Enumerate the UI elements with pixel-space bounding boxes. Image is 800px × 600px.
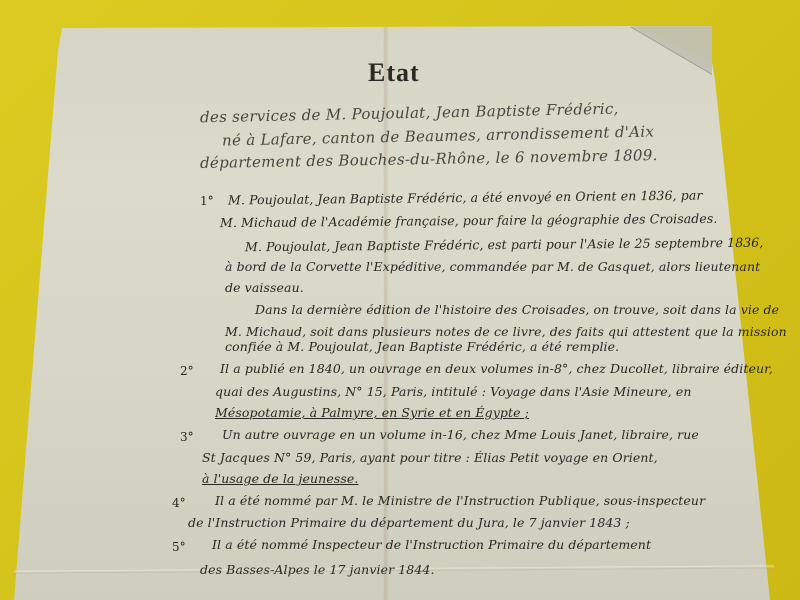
item-1-line-4: à bord de la Corvette l'Expéditive, comm… <box>225 259 760 274</box>
manuscript-page <box>0 0 800 600</box>
item-2-line-3: Mésopotamie, à Palmyre, en Syrie et en É… <box>215 405 529 420</box>
item-3-line-2: St Jacques N° 59, Paris, ayant pour titr… <box>202 450 658 465</box>
item-1-line-6: Dans la dernière édition de l'histoire d… <box>255 302 779 317</box>
document-title: Etat <box>368 58 420 88</box>
folded-corner <box>630 26 712 74</box>
item-2-line-1: Il a publié en 1840, un ouvrage en deux … <box>220 361 773 376</box>
item-1-line-5: de vaisseau. <box>225 280 304 295</box>
item-3-line-3: à l'usage de la jeunesse. <box>202 471 358 486</box>
item-5-line-2: des Basses-Alpes le 17 janvier 1844. <box>200 562 435 577</box>
item-4-line-1: Il a été nommé par M. le Ministre de l'I… <box>215 493 705 508</box>
item-number-2: 2° <box>180 364 194 378</box>
item-2-line-2: quai des Augustins, N° 15, Paris, intitu… <box>215 384 692 399</box>
item-1-line-7: M. Michaud, soit dans plusieurs notes de… <box>225 324 787 339</box>
item-5-line-1: Il a été nommé Inspecteur de l'Instructi… <box>212 537 651 552</box>
item-4-line-2: de l'Instruction Primaire du département… <box>188 515 630 530</box>
item-3-line-1: Un autre ouvrage en un volume in-16, che… <box>222 427 699 442</box>
item-number-4: 4° <box>172 496 186 510</box>
item-number-1: 1° <box>200 194 214 208</box>
item-1-line-8: confiée à M. Poujoulat, Jean Baptiste Fr… <box>225 339 619 354</box>
item-number-5: 5° <box>172 540 186 554</box>
item-number-3: 3° <box>180 430 194 444</box>
